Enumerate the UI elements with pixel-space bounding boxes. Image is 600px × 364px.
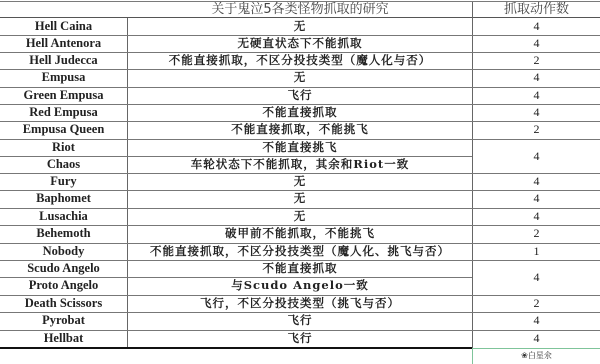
column-header-count: 抓取动作数 (473, 2, 600, 18)
grab-count: 2 (473, 121, 600, 138)
grab-note: 无 (128, 173, 472, 190)
table-row: Hell Caina 无 4 (0, 18, 600, 35)
grab-count: 4 (473, 35, 600, 52)
grab-note: 不能直接挑飞 (128, 139, 472, 156)
grab-note: 无硬直状态下不能抓取 (128, 35, 472, 52)
grab-note: 不能直接抓取，不区分投技类型（魔人化、挑飞与否） (128, 243, 472, 260)
grab-count: 4 (473, 69, 600, 86)
grab-note: 不能直接抓取，不能挑飞 (128, 121, 472, 138)
grab-note: 飞行，不区分投技类型（挑飞与否） (128, 295, 472, 312)
grab-count: 2 (473, 52, 600, 69)
monster-name: Riot (0, 139, 127, 156)
grab-note: 飞行 (128, 312, 472, 329)
table-row: Nobody 不能直接抓取，不区分投技类型（魔人化、挑飞与否） 1 (0, 243, 600, 260)
grab-note: 飞行 (128, 87, 472, 104)
grab-note: 与Scudo Angelo一致 (128, 277, 472, 294)
grab-note: 不能直接抓取，不区分投技类型（魔人化与否） (128, 52, 472, 69)
monster-name: Fury (0, 173, 127, 190)
monster-name: Green Empusa (0, 87, 127, 104)
grab-count: 4 (473, 330, 600, 347)
grab-count: 4 (473, 87, 600, 104)
monster-name: Death Scissors (0, 295, 127, 312)
grab-count: 4 (473, 208, 600, 225)
table-row: Hell Antenora 无硬直状态下不能抓取 4 (0, 35, 600, 52)
grab-note: 无 (128, 190, 472, 207)
table-row: Green Empusa 飞行 4 (0, 87, 600, 104)
grab-note: 飞行 (128, 330, 472, 347)
grab-count: 2 (473, 295, 600, 312)
table-row: Pyrobat 飞行 4 (0, 312, 600, 329)
grab-note: 无 (128, 18, 472, 35)
monster-name: Hell Antenora (0, 35, 127, 52)
grab-note: 无 (128, 69, 472, 86)
table-row: Hellbat 飞行 4 (0, 330, 600, 347)
table-row: Baphomet 无 4 (0, 190, 600, 207)
table-row: Hell Judecca 不能直接抓取，不区分投技类型（魔人化与否） 2 (0, 52, 600, 69)
monster-name: Behemoth (0, 225, 127, 242)
table-row: Lusachia 无 4 (0, 208, 600, 225)
monster-name: Lusachia (0, 208, 127, 225)
table-row: Death Scissors 飞行，不区分投技类型（挑飞与否） 2 (0, 295, 600, 312)
grab-count-merged: 4 (473, 139, 600, 173)
grab-note: 不能直接抓取 (128, 104, 472, 121)
grab-note: 无 (128, 208, 472, 225)
monster-name: Hell Judecca (0, 52, 127, 69)
monster-name: Empusa (0, 69, 127, 86)
watermark: ❀白星氽 (473, 350, 600, 361)
monster-name: Proto Angelo (0, 277, 127, 294)
table-row: Empusa Queen 不能直接抓取，不能挑飞 2 (0, 121, 600, 138)
monster-name: Nobody (0, 243, 127, 260)
grab-count: 2 (473, 225, 600, 242)
table-row: Behemoth 破甲前不能抓取，不能挑飞 2 (0, 225, 600, 242)
monster-name: Red Empusa (0, 104, 127, 121)
table-row: Fury 无 4 (0, 173, 600, 190)
monster-name: Empusa Queen (0, 121, 127, 138)
grab-count: 4 (473, 190, 600, 207)
table-row: Red Empusa 不能直接抓取 4 (0, 104, 600, 121)
monster-name: Scudo Angelo (0, 260, 127, 277)
monster-name: Chaos (0, 156, 127, 173)
table-title: 关于鬼泣5各类怪物抓取的研究 (128, 2, 472, 18)
grab-count: 4 (473, 312, 600, 329)
grab-note: 车轮状态下不能抓取，其余和Riot一致 (128, 156, 472, 173)
monster-name: Hell Caina (0, 18, 127, 35)
grab-count: 4 (473, 104, 600, 121)
grab-count-merged: 4 (473, 260, 600, 295)
grab-note: 不能直接抓取 (128, 260, 472, 277)
grab-count: 1 (473, 243, 600, 260)
monster-name: Baphomet (0, 190, 127, 207)
monster-name: Hellbat (0, 330, 127, 347)
spreadsheet: 关于鬼泣5各类怪物抓取的研究 抓取动作数 Hell Caina 无 4 Hell… (0, 0, 600, 364)
monster-name: Pyrobat (0, 312, 127, 329)
grab-count: 4 (473, 173, 600, 190)
table-row: Empusa 无 4 (0, 69, 600, 86)
table-bottom-border (0, 347, 472, 349)
grab-note: 破甲前不能抓取，不能挑飞 (128, 225, 472, 242)
grab-count: 4 (473, 18, 600, 35)
